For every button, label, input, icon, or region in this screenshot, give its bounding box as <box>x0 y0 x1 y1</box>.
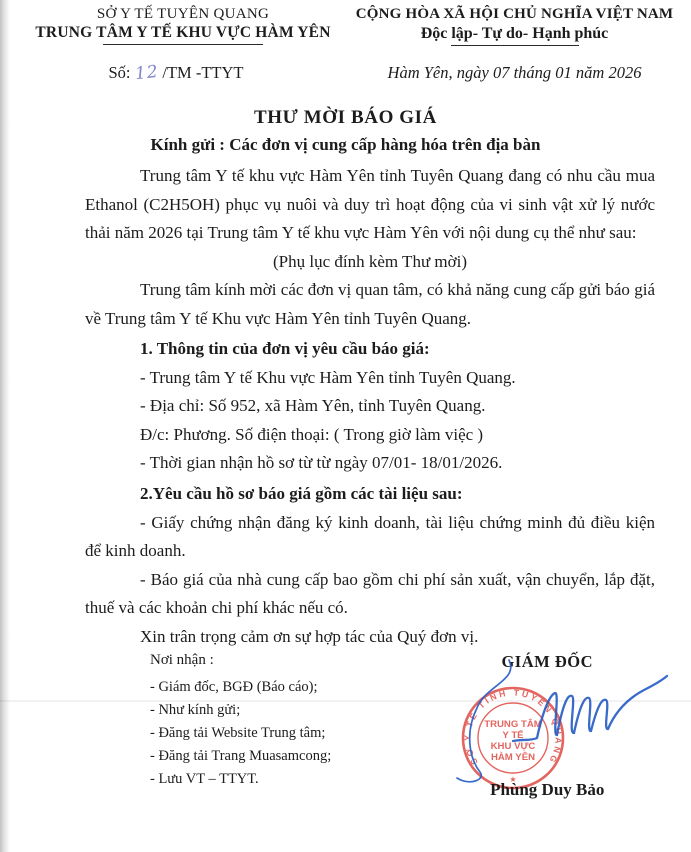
doc-number-suffix: /TM -TTYT <box>162 63 243 82</box>
handwritten-signature <box>457 660 667 782</box>
page-title: THƯ MỜI BÁO GIÁ <box>0 107 691 129</box>
national-header-block: CỘNG HÒA XÃ HỘI CHỦ NGHĨA VIỆT NAM Độc l… <box>352 6 677 46</box>
seal-outer-circle <box>463 688 563 788</box>
letter-body: Trung tâm Y tế khu vực Hàm Yên tỉnh Tuyê… <box>85 162 655 651</box>
recipient-item: - Đăng tải Trang Muasamcong; <box>150 745 417 768</box>
section-1-item: - Thời gian nhận hồ sơ từ từ ngày 07/01-… <box>85 449 655 478</box>
annex-note: (Phụ lục đính kèm Thư mời) <box>85 248 655 277</box>
section-1-item: - Trung tâm Y tế Khu vực Hàm Yên tỉnh Tu… <box>85 364 655 393</box>
doc-number-prefix: Số: <box>108 63 130 82</box>
section-2-item: - Báo giá của nhà cung cấp bao gồm chi p… <box>85 566 655 623</box>
seal-ring-text: SỞ Y TẾ TỈNH TUYÊN QUANG <box>463 687 564 766</box>
signature-main-stroke <box>513 676 667 741</box>
section-1-item: Đ/c: Phương. Số điện thoại: ( Trong giờ … <box>85 421 655 450</box>
recipient-item: - Lưu VT – TTYT. <box>150 768 417 791</box>
national-title: CỘNG HÒA XÃ HỘI CHỦ NGHĨA VIỆT NAM <box>352 6 677 23</box>
recipients-label: Nơi nhận : <box>150 652 417 669</box>
parent-org-name: SỞ Y TẾ TUYÊN QUANG <box>14 6 352 23</box>
section-2-item: - Giấy chứng nhận đăng ký kinh doanh, tà… <box>85 509 655 566</box>
signature-block: GIÁM ĐỐC SỞ Y TẾ TỈNH TUYÊN QUANG TRUNG … <box>417 652 677 822</box>
recipient-item: - Giám đốc, BGĐ (Báo cáo); <box>150 676 417 699</box>
national-motto: Độc lập- Tự do- Hạnh phúc <box>352 25 677 43</box>
seal-inner-circle <box>478 703 548 773</box>
place-date-line: Hàm Yên, ngày 07 tháng 01 năm 2026 <box>352 63 677 83</box>
closing-line: Xin trân trọng cảm ơn sự hợp tác của Quý… <box>85 623 655 652</box>
salutation-line: Kính gửi : Các đơn vị cung cấp hàng hóa … <box>0 135 691 155</box>
section-1-item: - Địa chỉ: Số 952, xã Hàm Yên, tỉnh Tuyê… <box>85 392 655 421</box>
document-page: SỞ Y TẾ TUYÊN QUANG TRUNG TÂM Y TẾ KHU V… <box>0 0 691 852</box>
intro-paragraph: Trung tâm Y tế khu vực Hàm Yên tỉnh Tuyê… <box>85 162 655 248</box>
motto-underline <box>451 45 579 46</box>
doc-number-handwritten: 12 <box>134 62 160 84</box>
org-name: TRUNG TÂM Y TẾ KHU VỰC HÀM YÊN <box>14 24 352 42</box>
signer-name: Phùng Duy Bảo <box>417 780 677 800</box>
seal-center-line: Y TẾ <box>503 730 525 741</box>
signature-flourish-stroke <box>457 660 511 782</box>
invite-paragraph: Trung tâm kính mời các đơn vị quan tâm, … <box>85 276 655 333</box>
document-header: SỞ Y TẾ TUYÊN QUANG TRUNG TÂM Y TẾ KHU V… <box>0 0 691 46</box>
section-1-heading: 1. Thông tin của đơn vị yêu cầu báo giá: <box>85 335 655 364</box>
seal-center-line: HÀM YÊN <box>491 751 535 763</box>
recipient-item: - Đăng tải Website Trung tâm; <box>150 722 417 745</box>
issuing-org-block: SỞ Y TẾ TUYÊN QUANG TRUNG TÂM Y TẾ KHU V… <box>0 6 352 46</box>
section-2-heading: 2.Yêu cầu hồ sơ báo giá gồm các tài liệu… <box>85 480 655 509</box>
doc-number-line: Số: 12 /TM -TTYT <box>0 63 352 83</box>
document-footer: Nơi nhận : - Giám đốc, BGĐ (Báo cáo); - … <box>0 652 691 822</box>
org-underline <box>103 44 263 45</box>
meta-row: Số: 12 /TM -TTYT Hàm Yên, ngày 07 tháng … <box>0 63 691 83</box>
recipient-item: - Như kính gửi; <box>150 699 417 722</box>
seal-ring-text-container: SỞ Y TẾ TỈNH TUYÊN QUANG <box>463 687 564 766</box>
director-title: GIÁM ĐỐC <box>417 652 677 672</box>
seal-center-line: TRUNG TÂM <box>485 718 543 730</box>
seal-center-line: KHU VỰC <box>491 741 536 752</box>
recipients-block: Nơi nhận : - Giám đốc, BGĐ (Báo cáo); - … <box>150 652 417 822</box>
official-seal: SỞ Y TẾ TỈNH TUYÊN QUANG TRUNG TÂM Y TẾ … <box>463 687 564 788</box>
